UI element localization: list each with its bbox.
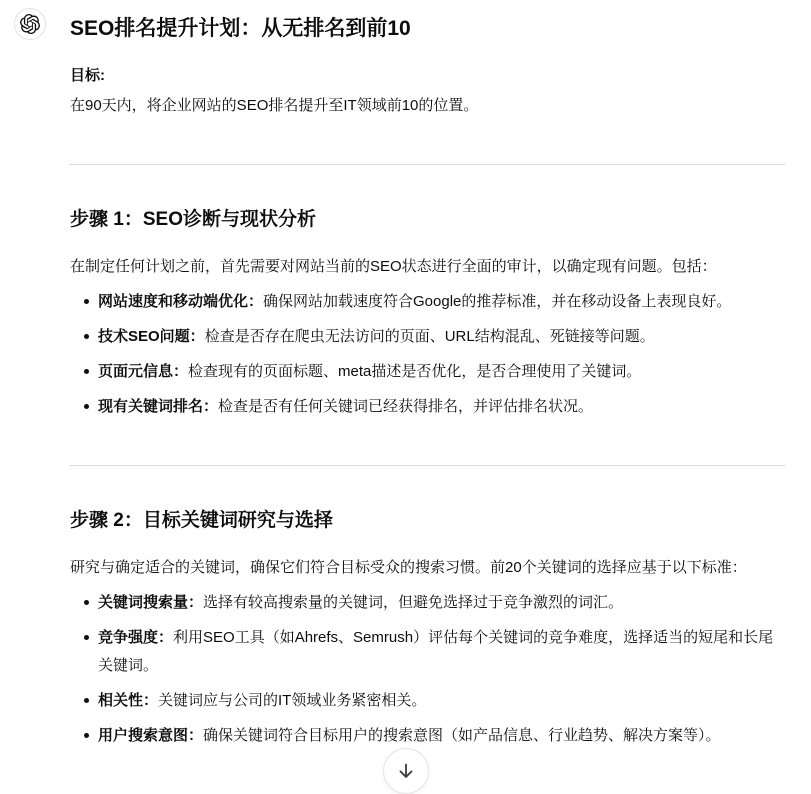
bullet-dot-icon xyxy=(84,369,89,374)
bullet-dot-icon xyxy=(84,299,89,304)
list-item: 页面元信息：检查现有的页面标题、meta描述是否优化，是否合理使用了关键词。 xyxy=(70,358,785,386)
bullet-text: 选择有较高搜索量的关键词，但避免选择过于竞争激烈的词汇。 xyxy=(203,594,623,611)
bullet-dot-icon xyxy=(84,334,89,339)
list-item: 关键词搜索量：选择有较高搜索量的关键词，但避免选择过于竞争激烈的词汇。 xyxy=(70,589,785,617)
section-2-intro: 研究与确定适合的关键词，确保它们符合目标受众的搜索习惯。前20个关键词的选择应基… xyxy=(70,554,785,582)
scroll-to-bottom-button[interactable] xyxy=(383,748,429,794)
bullet-text: 确保关键词符合目标用户的搜索意图（如产品信息、行业趋势、解决方案等）。 xyxy=(203,727,721,744)
bullet-text: 检查是否存在爬虫无法访问的页面、URL结构混乱、死链接等问题。 xyxy=(205,328,655,345)
bullet-dot-icon xyxy=(84,698,89,703)
bullet-label: 网站速度和移动端优化： xyxy=(98,293,263,310)
bullet-label: 关键词搜索量： xyxy=(98,594,203,611)
bullet-text: 检查现有的页面标题、meta描述是否优化，是否合理使用了关键词。 xyxy=(188,363,641,380)
list-item: 用户搜索意图：确保关键词符合目标用户的搜索意图（如产品信息、行业趋势、解决方案等… xyxy=(70,722,785,750)
section-1-bullet-list: 网站速度和移动端优化：确保网站加载速度符合Google的推荐标准，并在移动设备上… xyxy=(70,288,785,421)
bullet-text: 关键词应与公司的IT领域业务紧密相关。 xyxy=(158,692,426,709)
list-item: 网站速度和移动端优化：确保网站加载速度符合Google的推荐标准，并在移动设备上… xyxy=(70,288,785,316)
assistant-avatar xyxy=(14,8,46,40)
bullet-label: 技术SEO问题： xyxy=(98,328,205,345)
goal-text: 在90天内，将企业网站的SEO排名提升至IT领域前10的位置。 xyxy=(70,92,785,120)
bullet-text: 确保网站加载速度符合Google的推荐标准，并在移动设备上表现良好。 xyxy=(263,293,731,310)
bullet-dot-icon xyxy=(84,600,89,605)
section-2-heading: 步骤 2：目标关键词研究与选择 xyxy=(70,506,785,536)
page-title: SEO排名提升计划：从无排名到前10 xyxy=(70,14,785,44)
list-item: 现有关键词排名：检查是否有任何关键词已经获得排名，并评估排名状况。 xyxy=(70,393,785,421)
bullet-label: 现有关键词排名： xyxy=(98,398,218,415)
list-item: 技术SEO问题：检查是否存在爬虫无法访问的页面、URL结构混乱、死链接等问题。 xyxy=(70,323,785,351)
message-content: SEO排名提升计划：从无排名到前10 目标: 在90天内，将企业网站的SEO排名… xyxy=(70,8,785,757)
section-divider xyxy=(70,164,785,165)
bullet-label: 相关性： xyxy=(98,692,158,709)
bullet-text: 检查是否有任何关键词已经获得排名，并评估排名状况。 xyxy=(218,398,593,415)
bullet-label: 竞争强度： xyxy=(98,629,173,646)
goal-label: 目标: xyxy=(70,62,785,90)
bullet-label: 用户搜索意图： xyxy=(98,727,203,744)
chatgpt-logo-icon xyxy=(20,14,40,34)
bullet-text: 利用SEO工具（如Ahrefs、Semrush）评估每个关键词的竞争难度，选择适… xyxy=(98,629,773,674)
bullet-dot-icon xyxy=(84,635,89,640)
arrow-down-icon xyxy=(395,760,417,782)
section-1-heading: 步骤 1：SEO诊断与现状分析 xyxy=(70,205,785,235)
section-divider xyxy=(70,465,785,466)
section-1-intro: 在制定任何计划之前，首先需要对网站当前的SEO状态进行全面的审计，以确定现有问题… xyxy=(70,253,785,281)
list-item: 相关性：关键词应与公司的IT领域业务紧密相关。 xyxy=(70,687,785,715)
assistant-message: SEO排名提升计划：从无排名到前10 目标: 在90天内，将企业网站的SEO排名… xyxy=(0,0,811,757)
section-2-bullet-list: 关键词搜索量：选择有较高搜索量的关键词，但避免选择过于竞争激烈的词汇。 竞争强度… xyxy=(70,589,785,750)
list-item: 竞争强度：利用SEO工具（如Ahrefs、Semrush）评估每个关键词的竞争难… xyxy=(70,624,785,680)
bullet-dot-icon xyxy=(84,404,89,409)
bullet-label: 页面元信息： xyxy=(98,363,188,380)
bullet-dot-icon xyxy=(84,733,89,738)
